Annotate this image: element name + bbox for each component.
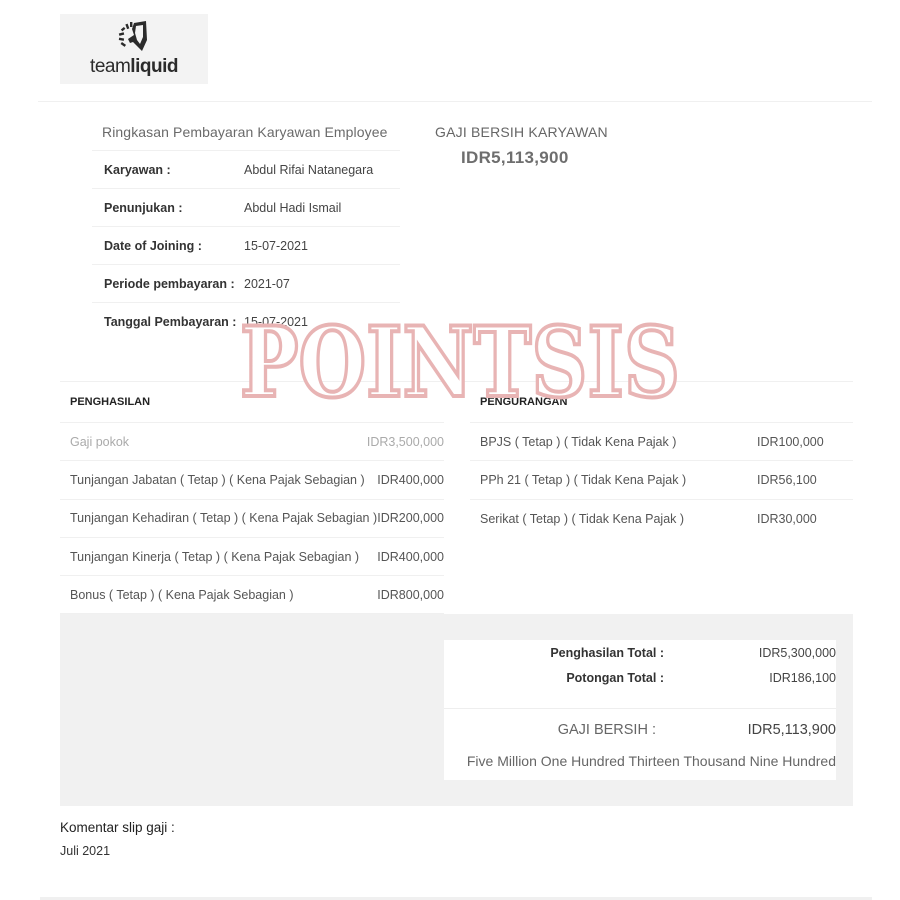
info-value: Abdul Rifai Natanegara: [244, 163, 373, 177]
deductions-total-value: IDR186,100: [769, 671, 836, 685]
info-value: 2021-07: [244, 277, 290, 291]
earning-amount: IDR800,000: [377, 588, 444, 602]
deductions-heading: PENGURANGAN: [470, 382, 853, 423]
deduction-row: Serikat ( Tetap ) ( Tidak Kena Pajak ) I…: [470, 500, 853, 538]
info-row-pay-period: Periode pembayaran : 2021-07: [92, 265, 400, 303]
earnings-total-row: Penghasilan Total : IDR5,300,000: [444, 646, 836, 666]
deduction-name: PPh 21 ( Tetap ) ( Tidak Kena Pajak ): [470, 473, 757, 487]
deductions-table: PENGURANGAN BPJS ( Tetap ) ( Tidak Kena …: [470, 382, 853, 538]
earning-amount: IDR400,000: [377, 473, 444, 487]
net-salary-value: IDR5,113,900: [748, 722, 836, 738]
info-row-employee: Karyawan : Abdul Rifai Natanegara: [92, 151, 400, 189]
earning-amount: IDR200,000: [377, 511, 444, 525]
earnings-total-label: Penghasilan Total :: [550, 646, 664, 660]
deduction-row: PPh 21 ( Tetap ) ( Tidak Kena Pajak ) ID…: [470, 461, 853, 499]
earning-name: Tunjangan Jabatan ( Tetap ) ( Kena Pajak…: [60, 473, 377, 487]
comment-value: Juli 2021: [60, 844, 175, 858]
earnings-table: PENGHASILAN Gaji pokok IDR3,500,000 Tunj…: [60, 382, 444, 614]
earning-name: Bonus ( Tetap ) ( Kena Pajak Sebagian ): [60, 588, 377, 602]
earnings-heading: PENGHASILAN: [60, 382, 444, 423]
earning-row: Tunjangan Kinerja ( Tetap ) ( Kena Pajak…: [60, 538, 444, 576]
info-row-pay-date: Tanggal Pembayaran : 15-07-2021: [92, 303, 400, 341]
totals-card: Penghasilan Total : IDR5,300,000 Potonga…: [444, 640, 836, 780]
totals-divider: [444, 708, 836, 709]
info-value: Abdul Hadi Ismail: [244, 201, 341, 215]
net-salary-label: GAJI BERSIH :: [558, 722, 656, 738]
info-value: 15-07-2021: [244, 315, 308, 329]
earning-name: Tunjangan Kehadiran ( Tetap ) ( Kena Paj…: [60, 511, 377, 525]
deductions-total-row: Potongan Total : IDR186,100: [444, 671, 836, 691]
earning-row: Gaji pokok IDR3,500,000: [60, 423, 444, 461]
info-row-joining-date: Date of Joining : 15-07-2021: [92, 227, 400, 265]
info-label: Periode pembayaran :: [92, 277, 244, 291]
earning-name: Gaji pokok: [60, 435, 367, 449]
info-value: 15-07-2021: [244, 239, 308, 253]
earning-amount: IDR3,500,000: [367, 435, 444, 449]
deduction-name: Serikat ( Tetap ) ( Tidak Kena Pajak ): [470, 512, 757, 526]
net-salary-in-words: Five Million One Hundred Thirteen Thousa…: [467, 753, 836, 769]
deduction-name: BPJS ( Tetap ) ( Tidak Kena Pajak ): [470, 435, 757, 449]
company-logo: teamliquid: [60, 14, 208, 84]
deduction-amount: IDR56,100: [757, 473, 817, 487]
payslip-comment: Komentar slip gaji : Juli 2021: [60, 820, 175, 858]
deduction-amount: IDR30,000: [757, 512, 817, 526]
info-label: Karyawan :: [92, 163, 244, 177]
net-pay-label: GAJI BERSIH KARYAWAN: [435, 124, 608, 140]
deduction-amount: IDR100,000: [757, 435, 824, 449]
deductions-total-label: Potongan Total :: [566, 671, 664, 685]
horse-head-logo-icon: [116, 20, 152, 54]
net-pay-value: IDR5,113,900: [461, 148, 608, 168]
net-pay-summary: GAJI BERSIH KARYAWAN IDR5,113,900: [435, 124, 608, 168]
info-label: Tanggal Pembayaran :: [92, 315, 244, 329]
info-label: Date of Joining :: [92, 239, 244, 253]
company-name: teamliquid: [60, 56, 208, 78]
employee-summary: Ringkasan Pembayaran Karyawan Employee K…: [92, 114, 400, 341]
earning-row: Tunjangan Kehadiran ( Tetap ) ( Kena Paj…: [60, 500, 444, 538]
comment-label: Komentar slip gaji :: [60, 820, 175, 835]
earning-name: Tunjangan Kinerja ( Tetap ) ( Kena Pajak…: [60, 550, 377, 564]
info-label: Penunjukan :: [92, 201, 244, 215]
earning-amount: IDR400,000: [377, 550, 444, 564]
earning-row: Bonus ( Tetap ) ( Kena Pajak Sebagian ) …: [60, 576, 444, 614]
info-row-designation: Penunjukan : Abdul Hadi Ismail: [92, 189, 400, 227]
deduction-row: BPJS ( Tetap ) ( Tidak Kena Pajak ) IDR1…: [470, 423, 853, 461]
earnings-total-value: IDR5,300,000: [759, 646, 836, 660]
earning-row: Tunjangan Jabatan ( Tetap ) ( Kena Pajak…: [60, 461, 444, 499]
header-divider: [38, 101, 872, 102]
summary-title: Ringkasan Pembayaran Karyawan Employee: [92, 114, 400, 151]
